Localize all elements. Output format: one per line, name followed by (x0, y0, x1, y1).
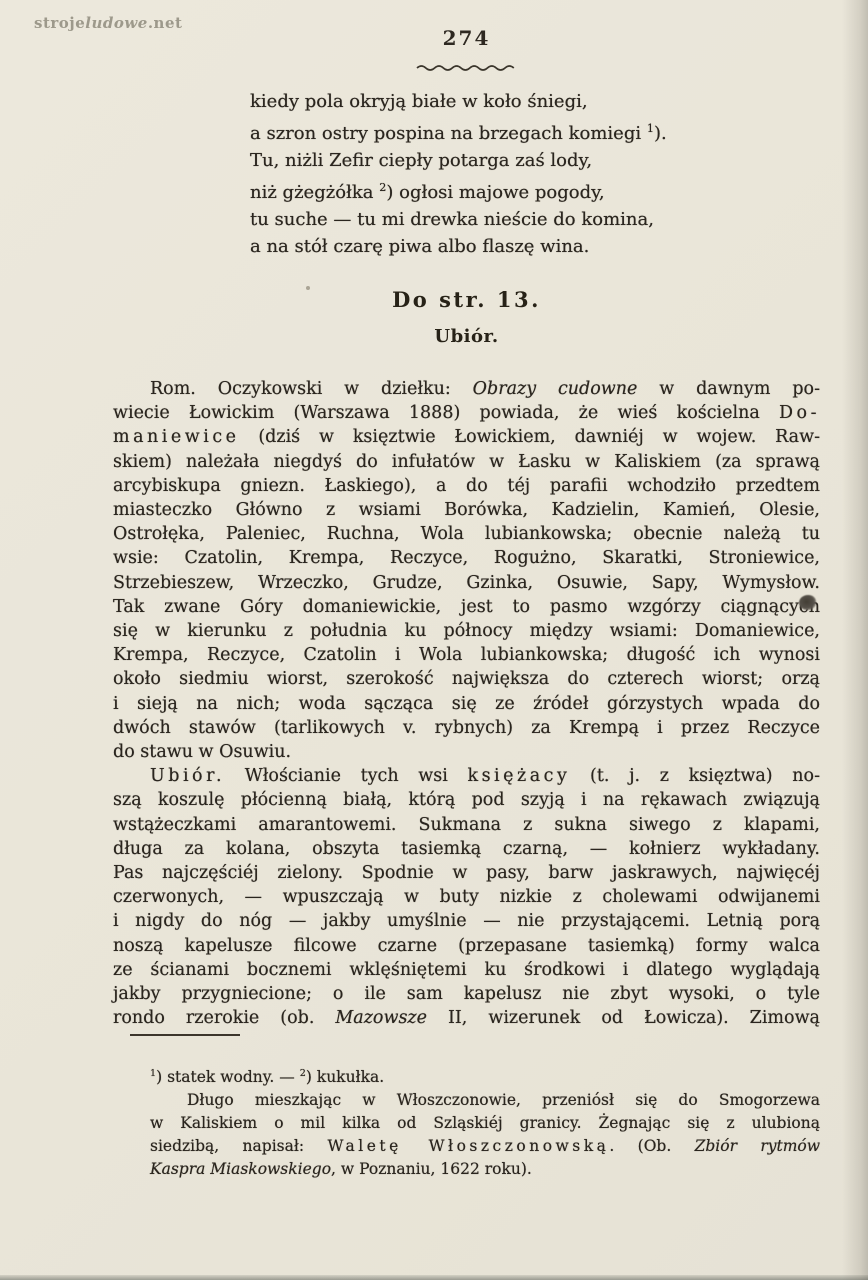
text-line: jakby przygniecione; o ile sam kapelusz … (113, 982, 820, 1006)
text-line: Pas najczęściéj zielony. Spodnie w pasy,… (113, 861, 820, 885)
section-heading: Do str. 13. (113, 287, 820, 312)
page-number-underline (113, 57, 820, 76)
text-line: skiem) należała niegdyś do infułatów w Ł… (113, 450, 820, 474)
text-line: długa za kolana, obszyta tasiemką czarną… (113, 837, 820, 861)
body-text-block: Rom. Oczykowski w dziełku: Obrazy cudown… (113, 377, 820, 1030)
text-line: czerwonych, — wpuszczają w buty nizkie z… (113, 885, 820, 909)
text-line: Strzebieszew, Wrzeczko, Grudze, Gzinka, … (113, 571, 820, 595)
text-line: rondo rzerokie (ob. Mazowsze II, wizerun… (113, 1006, 820, 1030)
text-line: tu suche — tu mi drewka nieście do komin… (250, 206, 730, 233)
text-line: a na stół czarę piwa albo flaszę wina. (250, 233, 730, 260)
section-subheading: Ubiór. (113, 326, 820, 347)
text-line: Długo mieszkając w Włoszczonowie, przeni… (150, 1089, 820, 1112)
text-line: niż gżegżółka 2) ogłosi majowe pogody, (250, 174, 730, 206)
text-line: Krempa, Reczyce, Czatolin i Wola lubiank… (113, 643, 820, 667)
text-line: maniewice (dziś w księztwie Łowickiem, d… (113, 425, 820, 449)
text-line: ze ścianami bocznemi wklęśniętemi ku śro… (113, 958, 820, 982)
text-line: Kaspra Miaskowskiego, w Poznaniu, 1622 r… (150, 1158, 820, 1181)
page-number: 274 (113, 26, 820, 50)
text-line: arcybiskupa gniezn. Łaskiego), a do téj … (113, 474, 820, 498)
text-line: około siedmiu wiorst, szerokość najwięks… (113, 667, 820, 691)
footnote-rule (130, 1034, 240, 1036)
text-line: siedzibą, napisał: Waletę Włoszczonowską… (150, 1135, 820, 1158)
book-page-scan: strojeludowe.net 274 kiedy pola okryją b… (0, 0, 868, 1280)
text-line: do stawu w Osuwiu. (113, 740, 820, 764)
text-line: w Kaliskiem o mil kilka od Szląskiéj gra… (150, 1112, 820, 1135)
text-line: a szron ostry pospina na brzegach komieg… (250, 115, 730, 147)
ink-blot (799, 595, 816, 610)
footnotes-block: 1) statek wodny. — 2) kukułka.Długo mies… (150, 1062, 820, 1181)
text-line: 1) statek wodny. — 2) kukułka. (150, 1062, 820, 1089)
text-line: Rom. Oczykowski w dziełku: Obrazy cudown… (113, 377, 820, 401)
poem-block: kiedy pola okryją białe w koło śniegi,a … (250, 88, 730, 260)
text-line: wsie: Czatolin, Krempa, Reczyce, Rogużno… (113, 546, 820, 570)
text-line: miasteczko Główno z wsiami Borówka, Kadz… (113, 498, 820, 522)
text-line: wstążeczkami amarantowemi. Sukmana z suk… (113, 813, 820, 837)
text-line: i sieją na nich; woda sącząca się ze źró… (113, 692, 820, 716)
text-line: noszą kapelusze filcowe czarne (przepasa… (113, 934, 820, 958)
text-line: Ubiór. Włościanie tych wsi księżacy (t. … (113, 764, 820, 788)
text-line: Ostrołęka, Paleniec, Ruchna, Wola lubian… (113, 522, 820, 546)
text-line: Tu, niżli Zefir ciepły potarga zaś lody, (250, 147, 730, 174)
paper-speck (306, 286, 310, 290)
text-line: kiedy pola okryją białe w koło śniegi, (250, 88, 730, 115)
scan-bottom-edge (0, 1275, 868, 1280)
text-line: szą koszulę płócienną białą, którą pod s… (113, 788, 820, 812)
text-line: wiecie Łowickim (Warszawa 1888) powiada,… (113, 401, 820, 425)
text-line: się w kierunku z południa ku północy mię… (113, 619, 820, 643)
text-line: dwóch stawów (tarlikowych v. rybnych) za… (113, 716, 820, 740)
text-line: i nigdy do nóg — jakby umyślnie — nie pr… (113, 909, 820, 933)
wavy-rule-icon (415, 63, 519, 72)
text-line: Tak zwane Góry domaniewickie, jest to pa… (113, 595, 820, 619)
watermark-part1: stroje (34, 14, 85, 32)
